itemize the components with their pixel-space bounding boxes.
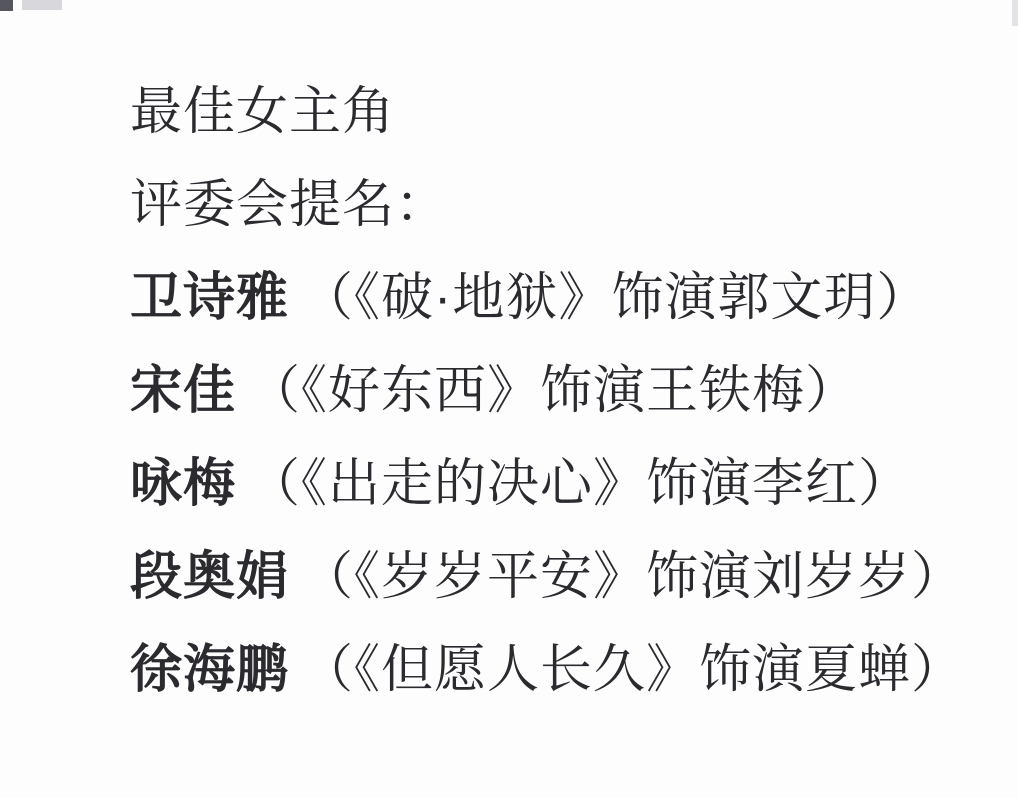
nominee-name: 卫诗雅 — [130, 269, 289, 327]
nominee-credit: （《出走的决心》饰演李红） — [248, 455, 911, 513]
nominee-name: 宋佳 — [130, 362, 236, 420]
nominee-credit: （《但愿人长久》饰演夏蝉） — [301, 641, 964, 699]
nominee-row: 宋佳（《好东西》饰演王铁梅） — [130, 345, 1008, 438]
nominee-name: 徐海鹏 — [130, 641, 289, 699]
nominee-credit: （《破·地狱》饰演郭文玥） — [301, 269, 929, 327]
category-title: 最佳女主角 — [130, 66, 1008, 159]
jury-nomination-label: 评委会提名： — [130, 159, 1008, 252]
award-nomination-page: 最佳女主角 评委会提名： 卫诗雅（《破·地狱》饰演郭文玥） 宋佳（《好东西》饰演… — [0, 0, 1018, 798]
nominee-name: 段奥娟 — [130, 548, 289, 606]
nominee-name: 咏梅 — [130, 455, 236, 513]
nominee-row: 段奥娟（《岁岁平安》饰演刘岁岁） — [130, 531, 1008, 624]
nomination-list: 最佳女主角 评委会提名： 卫诗雅（《破·地狱》饰演郭文玥） 宋佳（《好东西》饰演… — [0, 0, 1018, 717]
nominee-row: 卫诗雅（《破·地狱》饰演郭文玥） — [130, 252, 1008, 345]
photo-smudge-artifact — [22, 0, 62, 10]
nominee-credit: （《岁岁平安》饰演刘岁岁） — [301, 548, 964, 606]
nominee-row: 咏梅（《出走的决心》饰演李红） — [130, 438, 1008, 531]
photo-corner-artifact — [0, 0, 13, 11]
photo-edge-artifact — [1012, 0, 1018, 26]
nominee-row: 徐海鹏（《但愿人长久》饰演夏蝉） — [130, 624, 1008, 717]
nominee-credit: （《好东西》饰演王铁梅） — [248, 362, 858, 420]
